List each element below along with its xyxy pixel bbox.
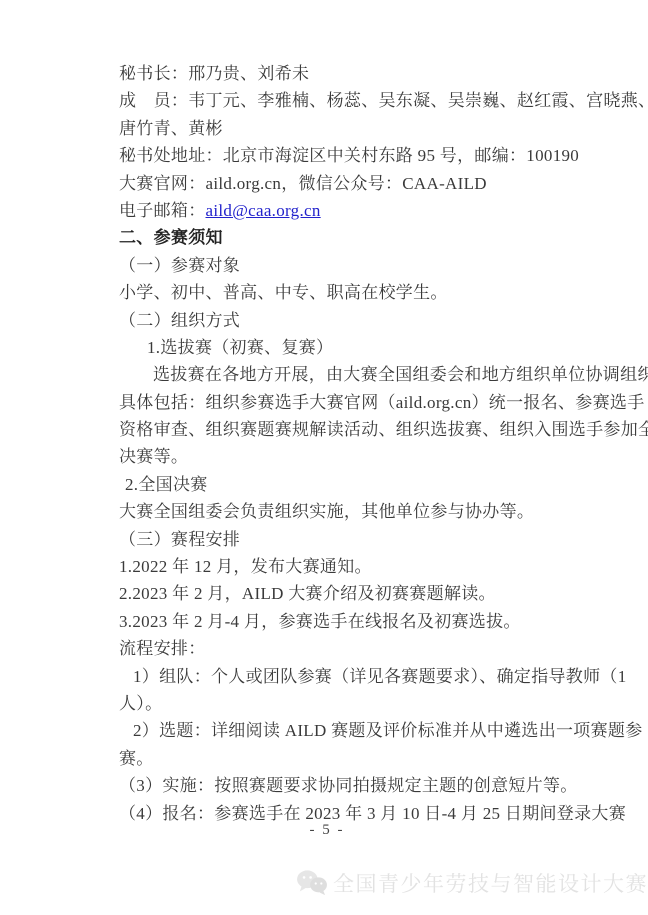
doc-line: 1）组队：个人或团队参赛（详见各赛题要求）、确定指导教师（1 xyxy=(119,663,631,690)
doc-line: （4）报名：参赛选手在 2023 年 3 月 10 日-4 月 25 日期间登录… xyxy=(119,800,631,827)
doc-line: 2）选题：详细阅读 AILD 赛题及评价标准并从中遴选出一项赛题参 xyxy=(119,717,631,744)
wechat-icon xyxy=(296,869,328,897)
doc-line: 大赛全国组委会负责组织实施，其他单位参与协办等。 xyxy=(119,498,631,525)
doc-line: （3）实施：按照赛题要求协同拍摄规定主题的创意短片等。 xyxy=(119,772,631,799)
doc-line: （一）参赛对象 xyxy=(119,252,631,279)
doc-line: 资格审查、组织赛题赛规解读活动、组织选拔赛、组织入围选手参加全国 xyxy=(119,416,631,443)
doc-line: 大赛官网：aild.org.cn，微信公众号：CAA-AILD xyxy=(119,170,631,197)
doc-line: 2.全国决赛 xyxy=(119,471,631,498)
doc-line: 人）。 xyxy=(119,690,631,717)
doc-line: 1.2022 年 12 月，发布大赛通知。 xyxy=(119,553,631,580)
footer-watermark: 全国青少年劳技与智能设计大赛 xyxy=(296,868,648,898)
footer-watermark-text: 全国青少年劳技与智能设计大赛 xyxy=(333,868,648,898)
doc-line: 3.2023 年 2 月-4 月，参赛选手在线报名及初赛选拔。 xyxy=(119,608,631,635)
email-label: 电子邮箱： xyxy=(119,201,206,220)
document-page: 秘书长：邢乃贵、刘希未成 员：韦丁元、李雅楠、杨蕊、吴东凝、吴崇巍、赵红霞、宫晓… xyxy=(0,0,648,915)
doc-line: 赛。 xyxy=(119,745,631,772)
doc-line: 2.2023 年 2 月，AILD 大赛介绍及初赛赛题解读。 xyxy=(119,580,631,607)
doc-line: 流程安排： xyxy=(119,635,631,662)
document-body: 秘书长：邢乃贵、刘希未成 员：韦丁元、李雅楠、杨蕊、吴东凝、吴崇巍、赵红霞、宫晓… xyxy=(119,60,631,827)
doc-line: 成 员：韦丁元、李雅楠、杨蕊、吴东凝、吴崇巍、赵红霞、宫晓燕、 xyxy=(119,87,631,114)
doc-line: 唐竹青、黄彬 xyxy=(119,115,631,142)
page-number: - 5 - xyxy=(297,822,357,839)
doc-line: 电子邮箱：aild@caa.org.cn xyxy=(119,197,631,224)
doc-line: 秘书长：邢乃贵、刘希未 xyxy=(119,60,631,87)
doc-line: 决赛等。 xyxy=(119,443,631,470)
doc-line: 1.选拔赛（初赛、复赛） xyxy=(119,334,631,361)
doc-line: 具体包括：组织参赛选手大赛官网（aild.org.cn）统一报名、参赛选手 xyxy=(119,389,631,416)
doc-line: 小学、初中、普高、中专、职高在校学生。 xyxy=(119,279,631,306)
doc-line: （二）组织方式 xyxy=(119,307,631,334)
doc-line: 选拔赛在各地方开展，由大赛全国组委会和地方组织单位协调组织， xyxy=(119,361,631,388)
email-link[interactable]: aild@caa.org.cn xyxy=(206,201,321,220)
doc-line: （三）赛程安排 xyxy=(119,526,631,553)
doc-line: 秘书处地址：北京市海淀区中关村东路 95 号，邮编：100190 xyxy=(119,142,631,169)
section-heading: 二、参赛须知 xyxy=(119,224,631,251)
